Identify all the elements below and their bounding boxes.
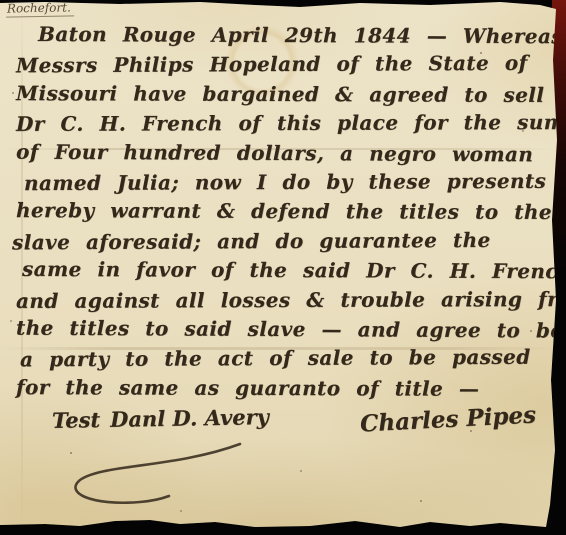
manuscript-line: and against all losses & trouble arising… [10, 285, 548, 316]
manuscript-line: same in favor of the said Dr C. H. Frenc… [10, 255, 548, 287]
letter-body: Baton Rouge April 29th 1844 — Whereas Me… [10, 21, 548, 403]
manuscript-line: for the same as guaranto of title — [10, 373, 548, 404]
witness-attest-label: Test [52, 407, 101, 433]
manuscript-line: hereby warrant & defend the titles to th… [10, 196, 548, 227]
archival-annotation: Rochefort. [6, 1, 74, 17]
signature-row: TestDanl D. Avery Charles Pipes [10, 406, 544, 433]
manuscript-line: the titles to said slave — and agree to … [10, 313, 548, 345]
ink-specks [0, 0, 2, 2]
witness-name: Danl D. Avery [110, 404, 269, 432]
manuscript-line: named Julia; now I do by these presents [10, 167, 548, 199]
manuscript-line: Baton Rouge April 29th 1844 — Whereas [10, 20, 548, 52]
witness-signature: TestDanl D. Avery [52, 404, 269, 433]
manuscript-line: a party to the act of sale to be passed [10, 343, 548, 375]
manuscript-line: Missouri have bargained & agreed to sell… [10, 79, 548, 110]
manuscript-line: of Four hundred dollars, a negro woman [10, 137, 548, 169]
manuscript-line: Dr C. H. French of this place for the su… [10, 108, 548, 139]
document-photo: Rochefort. Baton Rouge April 29th 1844 —… [0, 0, 566, 535]
signer-signature: Charles Pipes [359, 401, 536, 437]
manuscript-line: slave aforesaid; and do guarantee the [10, 225, 548, 257]
manuscript-paper: Rochefort. Baton Rouge April 29th 1844 —… [0, 0, 566, 535]
manuscript-line: Messrs Philips Hopeland of the State of [10, 49, 548, 81]
